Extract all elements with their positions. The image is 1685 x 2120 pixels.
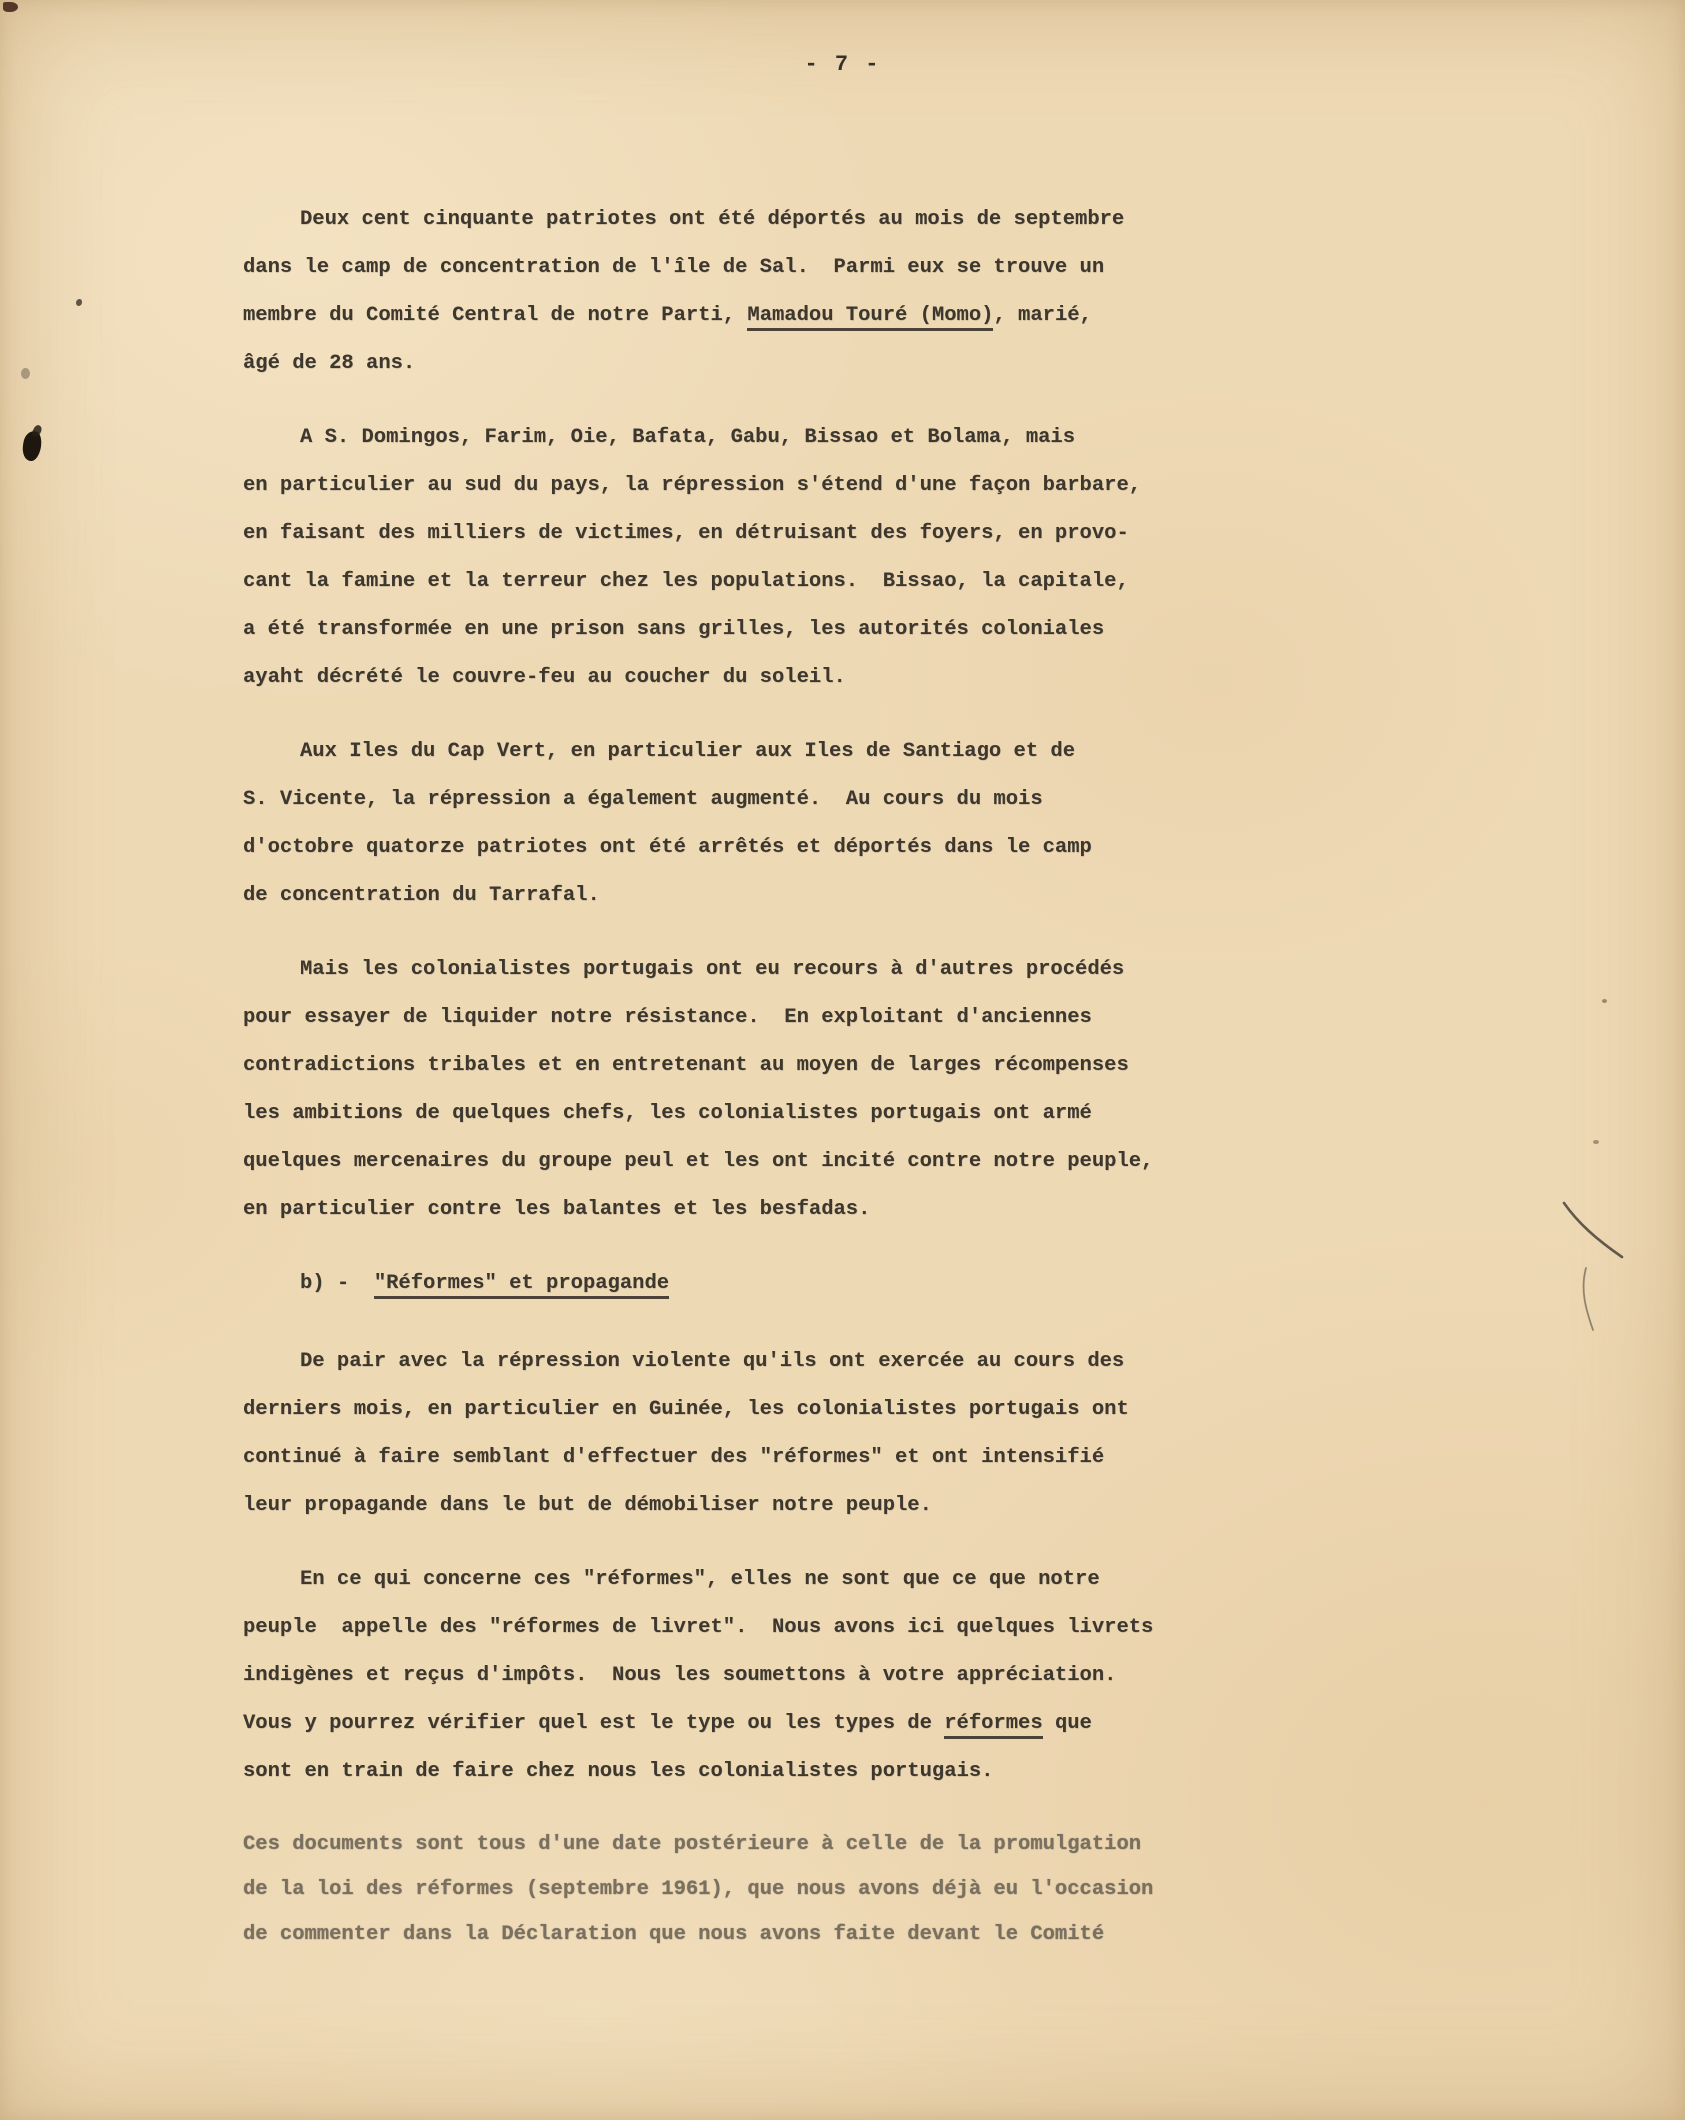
text-line: contradictions tribales et en entretenan… [243,1042,1503,1090]
text-line: pour essayer de liquider notre résistanc… [243,994,1503,1042]
underlined-text: Mamadou Touré (Momo) [747,304,993,331]
text-segment: Deux cent cinquante patriotes ont été dé… [300,208,1124,231]
text-line: A S. Domingos, Farim, Oie, Bafata, Gabu,… [243,414,1503,462]
text-segment: peuple appelle des "réformes de livret".… [243,1616,1153,1639]
text-segment: en faisant des milliers de victimes, en … [243,522,1129,545]
text-line: en faisant des milliers de victimes, en … [243,510,1503,558]
text-line: S. Vicente, la répression a également au… [243,776,1503,824]
text-segment: en particulier contre les balantes et le… [243,1198,870,1221]
text-segment: A S. Domingos, Farim, Oie, Bafata, Gabu,… [300,426,1075,449]
text-line: leur propagande dans le but de démobilis… [243,1482,1503,1530]
corner-ink-mark [3,2,18,12]
text-segment: d'octobre quatorze patriotes ont été arr… [243,836,1092,859]
text-segment: De pair avec la répression violente qu'i… [300,1350,1124,1373]
text-line: Aux Iles du Cap Vert, en particulier aux… [243,728,1503,776]
text-segment: Ces documents sont tous d'une date posté… [243,1833,1141,1856]
paper-speck [1593,1140,1599,1144]
text-segment: Aux Iles du Cap Vert, en particulier aux… [300,740,1075,763]
underlined-text: "Réformes" et propagande [374,1272,669,1299]
text-line: Ces documents sont tous d'une date posté… [243,1822,1503,1867]
text-segment: âgé de 28 ans. [243,352,415,375]
text-segment: dans le camp de concentration de l'île d… [243,256,1104,279]
text-segment: les ambitions de quelques chefs, les col… [243,1102,1092,1125]
text-line: les ambitions de quelques chefs, les col… [243,1090,1503,1138]
underlined-text: réformes [944,1712,1042,1739]
paragraph: Aux Iles du Cap Vert, en particulier aux… [243,728,1503,920]
paragraph: En ce qui concerne ces "réformes", elles… [243,1556,1503,1796]
text-line: en particulier au sud du pays, la répres… [243,462,1503,510]
pen-stroke-small-icon [1566,1262,1616,1342]
paragraph: A S. Domingos, Farim, Oie, Bafata, Gabu,… [243,414,1503,702]
text-line: dans le camp de concentration de l'île d… [243,244,1503,292]
text-line: sont en train de faire chez nous les col… [243,1748,1503,1796]
text-line: derniers mois, en particulier en Guinée,… [243,1386,1503,1434]
paragraph: Deux cent cinquante patriotes ont été dé… [243,196,1503,388]
document-body: Deux cent cinquante patriotes ont été dé… [243,196,1503,1983]
text-segment: en particulier au sud du pays, la répres… [243,474,1141,497]
text-segment: contradictions tribales et en entretenan… [243,1054,1129,1077]
paper-speck [1602,999,1607,1003]
text-line: cant la famine et la terreur chez les po… [243,558,1503,606]
text-segment: b) - [300,1272,374,1295]
text-segment: cant la famine et la terreur chez les po… [243,570,1129,593]
section-heading: b) - "Réformes" et propagande [243,1260,1503,1308]
text-segment: que [1043,1712,1092,1735]
text-line: b) - "Réformes" et propagande [243,1260,1503,1308]
text-segment: quelques mercenaires du groupe peul et l… [243,1150,1153,1173]
text-segment: S. Vicente, la répression a également au… [243,788,1043,811]
text-segment: ayaht décrété le couvre-feu au coucher d… [243,666,846,689]
text-segment: de concentration du Tarrafal. [243,884,600,907]
text-line: En ce qui concerne ces "réformes", elles… [243,1556,1503,1604]
text-segment: derniers mois, en particulier en Guinée,… [243,1398,1129,1421]
scanned-typewritten-page: - 7 - Deux cent cinquante patriotes ont … [0,0,1685,2120]
text-line: en particulier contre les balantes et le… [243,1186,1503,1234]
paper-speck [76,299,82,306]
text-line: continué à faire semblant d'effectuer de… [243,1434,1503,1482]
text-segment: de la loi des réformes (septembre 1961),… [243,1878,1153,1901]
text-segment: membre du Comité Central de notre Parti, [243,304,747,327]
text-line: de concentration du Tarrafal. [243,872,1503,920]
paragraph: Mais les colonialistes portugais ont eu … [243,946,1503,1234]
text-line: indigènes et reçus d'impôts. Nous les so… [243,1652,1503,1700]
text-segment: de commenter dans la Déclaration que nou… [243,1923,1104,1946]
text-segment: Mais les colonialistes portugais ont eu … [300,958,1124,981]
text-line: a été transformée en une prison sans gri… [243,606,1503,654]
text-line: Mais les colonialistes portugais ont eu … [243,946,1503,994]
text-line: âgé de 28 ans. [243,340,1503,388]
text-line: Deux cent cinquante patriotes ont été dé… [243,196,1503,244]
text-line: de la loi des réformes (septembre 1961),… [243,1867,1503,1912]
text-segment: sont en train de faire chez nous les col… [243,1760,993,1783]
text-segment: a été transformée en une prison sans gri… [243,618,1104,641]
text-line: De pair avec la répression violente qu'i… [243,1338,1503,1386]
text-segment: , marié, [993,304,1091,327]
text-segment: pour essayer de liquider notre résistanc… [243,1006,1092,1029]
faint-ink-smudge [21,368,30,379]
text-segment: continué à faire semblant d'effectuer de… [243,1446,1104,1469]
text-segment: leur propagande dans le but de démobilis… [243,1494,932,1517]
text-segment: Vous y pourrez vérifier quel est le type… [243,1712,944,1735]
text-line: membre du Comité Central de notre Parti,… [243,292,1503,340]
text-line: ayaht décrété le couvre-feu au coucher d… [243,654,1503,702]
paragraph: De pair avec la répression violente qu'i… [243,1338,1503,1530]
text-line: Vous y pourrez vérifier quel est le type… [243,1700,1503,1748]
text-line: d'octobre quatorze patriotes ont été arr… [243,824,1503,872]
text-line: de commenter dans la Déclaration que nou… [243,1912,1503,1957]
page-number: - 7 - [0,52,1685,77]
text-line: quelques mercenaires du groupe peul et l… [243,1138,1503,1186]
text-segment: indigènes et reçus d'impôts. Nous les so… [243,1664,1116,1687]
text-line: peuple appelle des "réformes de livret".… [243,1604,1503,1652]
text-segment: En ce qui concerne ces "réformes", elles… [300,1568,1100,1591]
paragraph: Ces documents sont tous d'une date posté… [243,1822,1503,1957]
